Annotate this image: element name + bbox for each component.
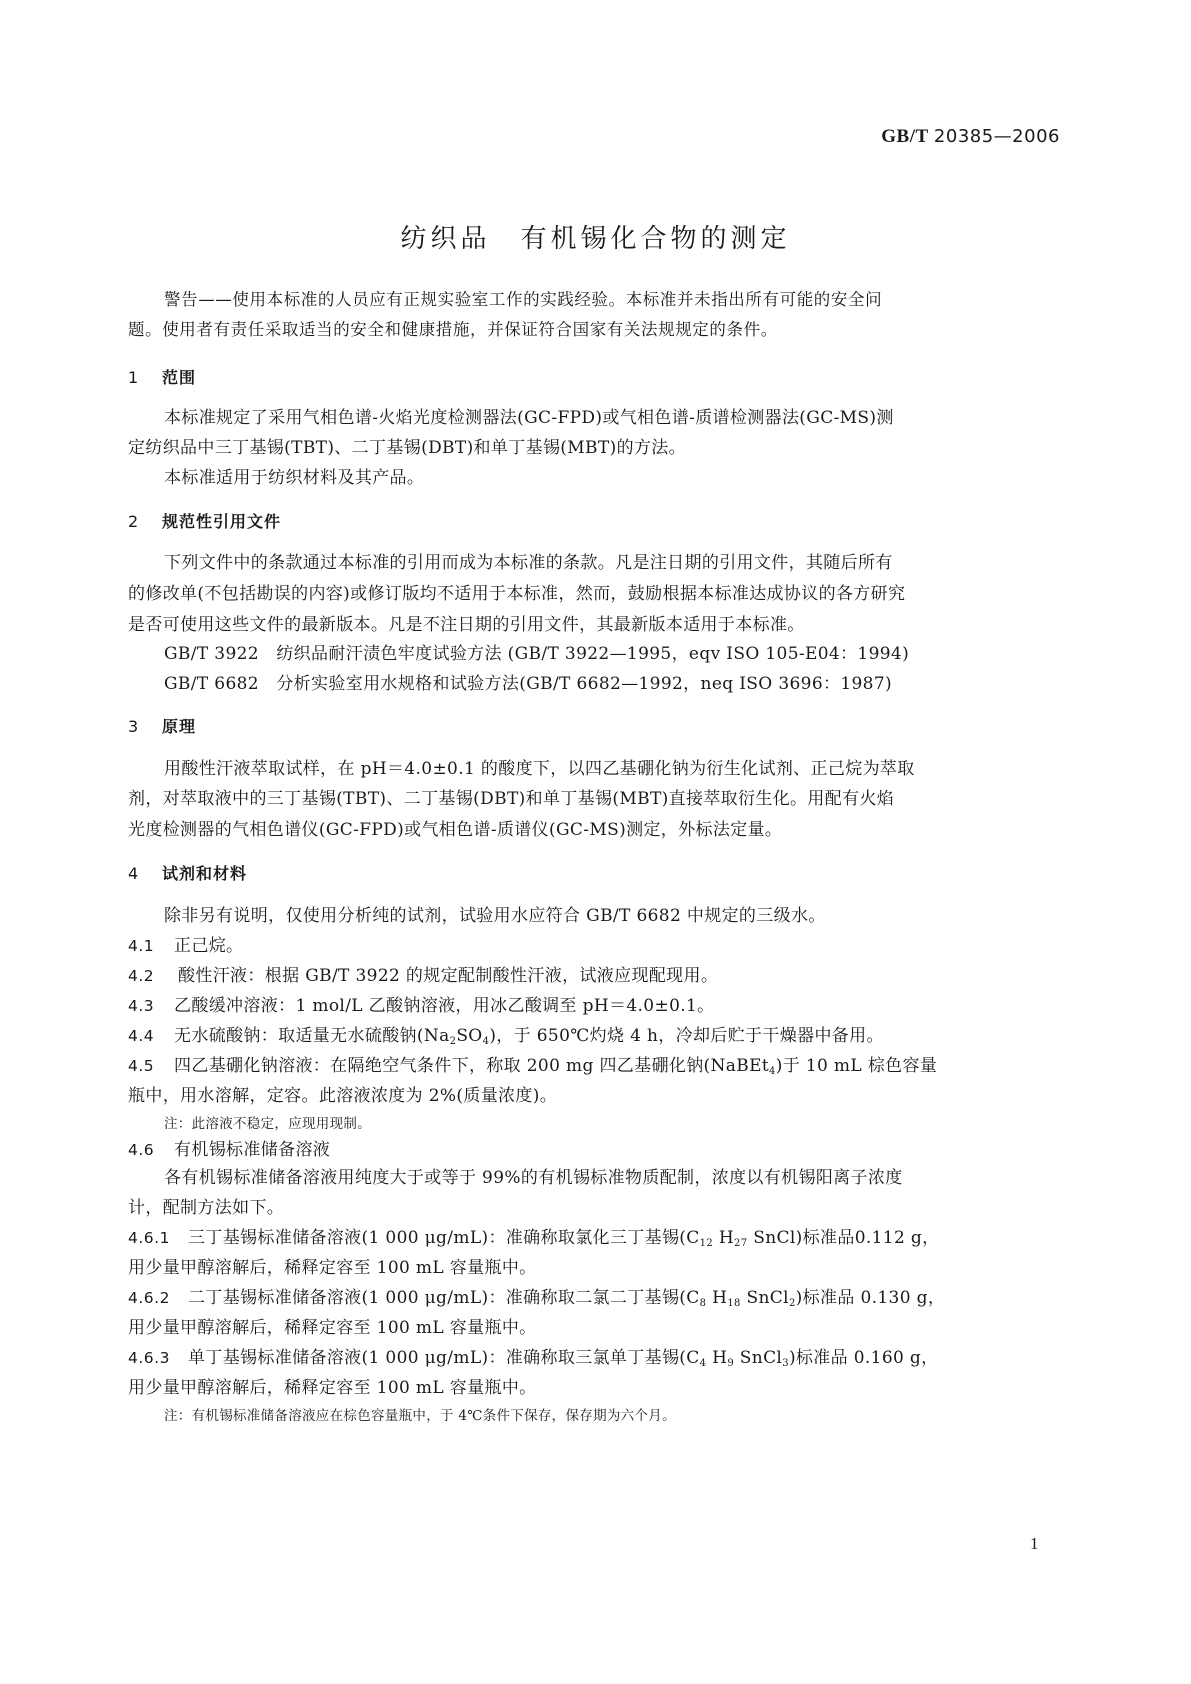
clause-text: SnCl — [734, 1348, 782, 1368]
clause-text: 无水硫酸钠：取适量无水硫酸钠(Na — [174, 1026, 450, 1046]
s3-para-line-2: 剂，对萃取液中的三丁基锡(TBT)、二丁基锡(DBT)和单丁基锡(MBT)直接萃… — [128, 787, 894, 811]
clause-text: SnCl)标准品0.112 g， — [747, 1228, 939, 1248]
s2-para-line-3: 是否可使用这些文件的最新版本。凡是不注日期的引用文件，其最新版本适用于本标准。 — [128, 613, 805, 637]
s1-para-2: 本标准适用于纺织材料及其产品。 — [164, 466, 424, 490]
s2-para-line-2: 的修改单(不包括勘误的内容)或修订版均不适用于本标准，然而，鼓励根据本标准达成协… — [128, 582, 905, 606]
clause-4-6-3-line-2: 用少量甲醇溶解后，稀释定容至 100 mL 容量瓶中。 — [128, 1376, 537, 1400]
clause-text: 四乙基硼化钠溶液：在隔绝空气条件下，称取 200 mg 四乙基硼化钠(NaBEt — [174, 1056, 769, 1076]
s3-para-line-1: 用酸性汗液萃取试样，在 pH＝4.0±0.1 的酸度下，以四乙基硼化钠为衍生化试… — [164, 757, 915, 781]
standard-number: 20385—2006 — [934, 126, 1060, 147]
reference-code: GB/T 3922 — [164, 644, 259, 664]
clause-text: )于 10 mL 棕色容量 — [776, 1056, 937, 1076]
clause-text: )标准品 0.130 g， — [796, 1288, 946, 1308]
clause-4-4: 4.4无水硫酸钠：取适量无水硫酸钠(Na2SO4)，于 650℃灼烧 4 h，冷… — [128, 1024, 884, 1048]
s3-para-line-3: 光度检测器的气相色谱仪(GC-FPD)或气相色谱-质谱仪(GC-MS)测定，外标… — [128, 818, 782, 842]
warning-line-1: 警告——使用本标准的人员应有正规实验室工作的实践经验。本标准并未指出所有可能的安… — [164, 288, 882, 312]
clause-number: 4.1 — [128, 934, 174, 958]
section-number: 2 — [128, 510, 162, 534]
clause-number: 4.5 — [128, 1054, 174, 1078]
clause-4-6-1-line-2: 用少量甲醇溶解后，稀释定容至 100 mL 容量瓶中。 — [128, 1256, 537, 1280]
s2-para-line-1: 下列文件中的条款通过本标准的引用而成为本标准的条款。凡是注日期的引用文件，其随后… — [164, 551, 893, 575]
reference-item: GB/T 6682 分析实验室用水规格和试验方法(GB/T 6682—1992，… — [164, 672, 892, 696]
section-number: 4 — [128, 862, 162, 886]
clause-4-3: 4.3乙酸缓冲溶液：1 mol/L 乙酸钠溶液，用冰乙酸调至 pH＝4.0±0.… — [128, 994, 715, 1018]
clause-4-6-2-line-1: 4.6.2二丁基锡标准储备溶液(1 000 μg/mL)：准确称取二氯二丁基锡(… — [128, 1286, 945, 1310]
section-4-heading: 4试剂和材料 — [128, 862, 247, 886]
subscript: 4 — [769, 1066, 776, 1077]
clause-text: 乙酸缓冲溶液：1 mol/L 乙酸钠溶液，用冰乙酸调至 pH＝4.0±0.1。 — [174, 996, 715, 1016]
section-number: 3 — [128, 715, 162, 739]
document-title: 纺织品 有机锡化合物的测定 — [0, 218, 1191, 255]
clause-number: 4.4 — [128, 1024, 174, 1048]
clause-number: 4.6 — [128, 1138, 174, 1162]
clause-4-2: 4.2酸性汗液：根据 GB/T 3922 的规定配制酸性汗液，试液应现配现用。 — [128, 964, 718, 988]
clause-text: 酸性汗液：根据 GB/T 3922 的规定配制酸性汗液，试液应现配现用。 — [178, 966, 718, 986]
standard-prefix: GB/T — [881, 126, 928, 147]
clause-4-6-2-line-2: 用少量甲醇溶解后，稀释定容至 100 mL 容量瓶中。 — [128, 1316, 537, 1340]
reference-code: GB/T 6682 — [164, 674, 259, 694]
clause-4-6-para-line-2: 计，配制方法如下。 — [128, 1196, 284, 1220]
document-page: GB/T 20385—2006 纺织品 有机锡化合物的测定 警告——使用本标准的… — [0, 0, 1191, 1684]
clause-text: SO — [456, 1026, 482, 1046]
subscript: 12 — [700, 1238, 713, 1249]
reference-item: GB/T 3922 纺织品耐汗渍色牢度试验方法 (GB/T 3922—1995，… — [164, 642, 909, 666]
clause-text: 二丁基锡标准储备溶液(1 000 μg/mL)：准确称取二氯二丁基锡(C — [188, 1288, 700, 1308]
section-3-heading: 3原理 — [128, 715, 196, 739]
reference-title: 纺织品耐汗渍色牢度试验方法 (GB/T 3922—1995，eqv ISO 10… — [276, 644, 909, 664]
clause-number: 4.6.1 — [128, 1226, 188, 1250]
note-4-6: 注：有机锡标准储备溶液应在棕色容量瓶中，于 4℃条件下保存，保存期为六个月。 — [164, 1404, 676, 1428]
clause-4-6: 4.6有机锡标准储备溶液 — [128, 1138, 330, 1162]
section-1-heading: 1范围 — [128, 366, 196, 390]
clause-text: 正己烷。 — [174, 936, 243, 956]
page-number: 1 — [1030, 1534, 1039, 1554]
standard-code: GB/T 20385—2006 — [881, 126, 1060, 148]
subscript: 18 — [727, 1298, 740, 1309]
section-title: 试剂和材料 — [162, 864, 247, 883]
subscript: 2 — [789, 1298, 796, 1309]
section-2-heading: 2规范性引用文件 — [128, 510, 281, 534]
clause-text: SnCl — [741, 1288, 789, 1308]
warning-line-2: 题。使用者有责任采取适当的安全和健康措施，并保证符合国家有关法规规定的条件。 — [128, 318, 778, 342]
clause-number: 4.6.2 — [128, 1286, 188, 1310]
clause-4-6-3-line-1: 4.6.3单丁基锡标准储备溶液(1 000 μg/mL)：准确称取三氯单丁基锡(… — [128, 1346, 939, 1370]
clause-4-6-para-line-1: 各有机锡标准储备溶液用纯度大于或等于 99%的有机锡标准物质配制，浓度以有机锡阳… — [164, 1166, 903, 1190]
clause-text: H — [706, 1348, 727, 1368]
reference-title: 分析实验室用水规格和试验方法(GB/T 6682—1992，neq ISO 36… — [276, 674, 892, 694]
clause-4-5-line-1: 4.5四乙基硼化钠溶液：在隔绝空气条件下，称取 200 mg 四乙基硼化钠(Na… — [128, 1054, 937, 1078]
clause-text: )标准品 0.160 g， — [789, 1348, 939, 1368]
clause-number: 4.3 — [128, 994, 174, 1018]
s4-intro: 除非另有说明，仅使用分析纯的试剂，试验用水应符合 GB/T 6682 中规定的三… — [164, 904, 826, 928]
clause-number: 4.2 — [128, 964, 178, 988]
clause-text: )，于 650℃灼烧 4 h，冷却后贮于干燥器中备用。 — [489, 1026, 884, 1046]
clause-4-5-line-2: 瓶中，用水溶解，定容。此溶液浓度为 2%(质量浓度)。 — [128, 1084, 557, 1108]
clause-text: 三丁基锡标准储备溶液(1 000 μg/mL)：准确称取氯化三丁基锡(C — [188, 1228, 700, 1248]
subscript: 3 — [782, 1358, 789, 1369]
section-number: 1 — [128, 366, 162, 390]
clause-title: 有机锡标准储备溶液 — [174, 1140, 330, 1160]
note-4-5: 注：此溶液不稳定，应现用现制。 — [164, 1112, 371, 1136]
clause-text: 单丁基锡标准储备溶液(1 000 μg/mL)：准确称取三氯单丁基锡(C — [188, 1348, 700, 1368]
clause-4-6-1-line-1: 4.6.1三丁基锡标准储备溶液(1 000 μg/mL)：准确称取氯化三丁基锡(… — [128, 1226, 939, 1250]
subscript: 27 — [734, 1238, 747, 1249]
section-title: 规范性引用文件 — [162, 512, 281, 531]
s1-para-1-line-1: 本标准规定了采用气相色谱-火焰光度检测器法(GC-FPD)或气相色谱-质谱检测器… — [164, 406, 894, 430]
clause-text: H — [706, 1288, 727, 1308]
clause-4-1: 4.1正己烷。 — [128, 934, 243, 958]
clause-number: 4.6.3 — [128, 1346, 188, 1370]
section-title: 原理 — [162, 717, 196, 736]
section-title: 范围 — [162, 368, 196, 387]
s1-para-1-line-2: 定纺织品中三丁基锡(TBT)、二丁基锡(DBT)和单丁基锡(MBT)的方法。 — [128, 436, 686, 460]
clause-text: H — [713, 1228, 734, 1248]
